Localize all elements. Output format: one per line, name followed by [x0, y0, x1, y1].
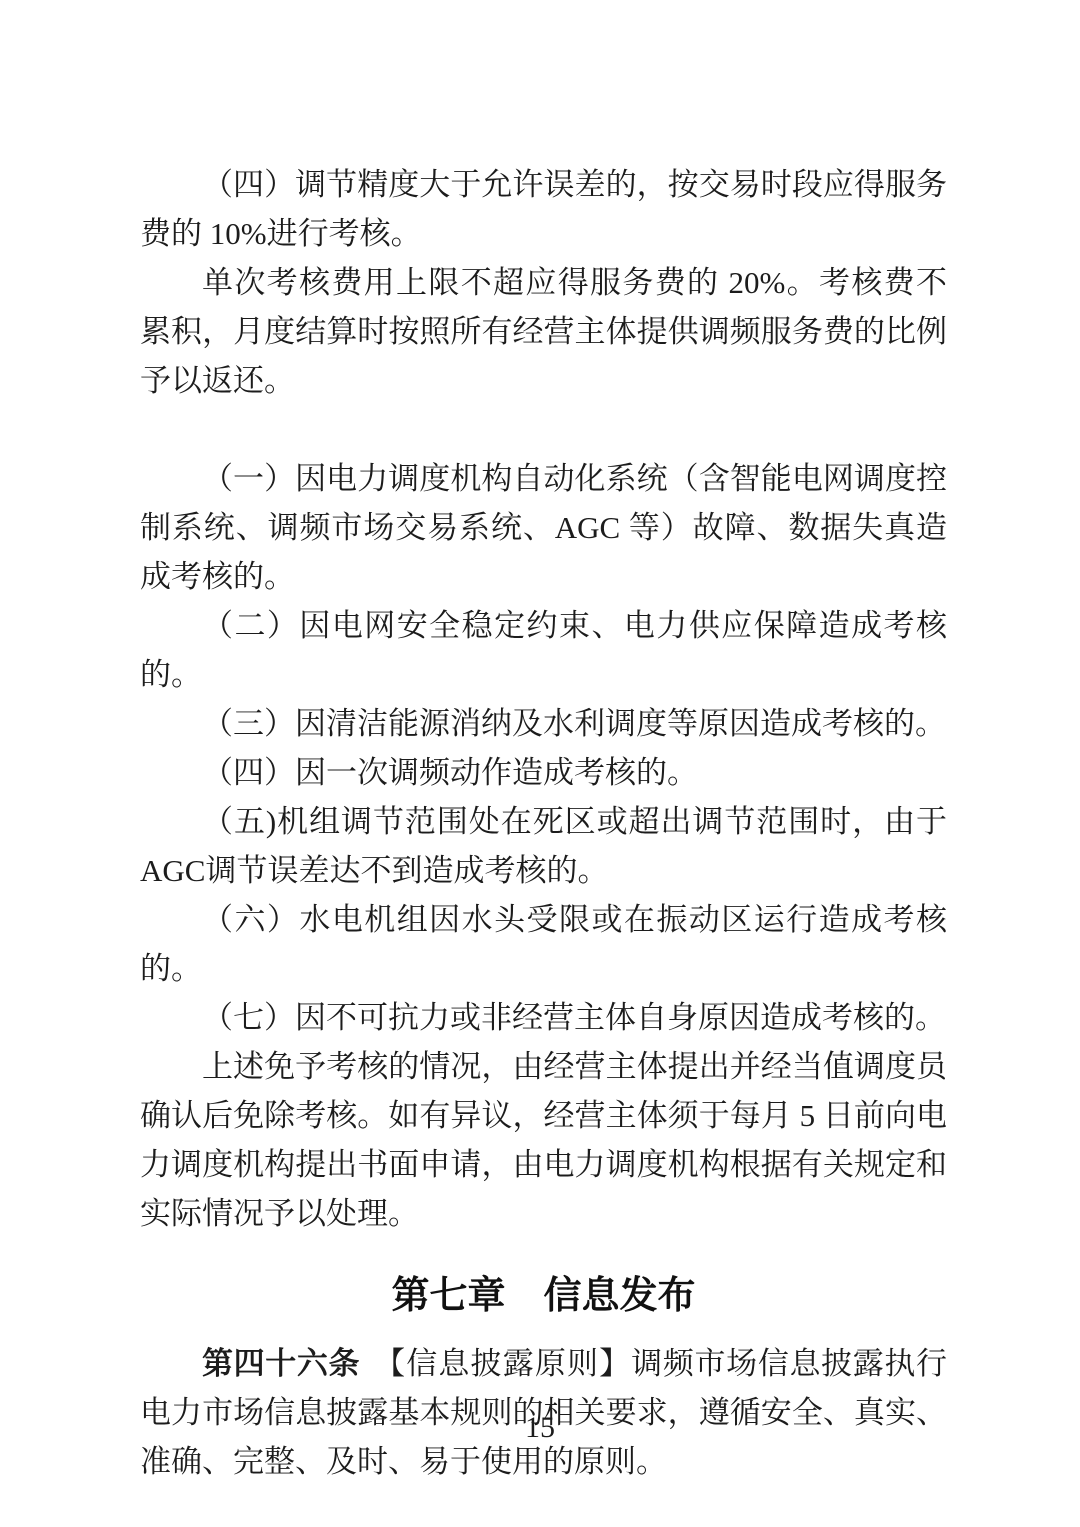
paragraph-penalty-cap: 单次考核费用上限不超应得服务费的 20%。考核费不累积，月度结算时按照所有经营主…: [140, 258, 947, 405]
paragraph-article-45: [140, 405, 947, 454]
paragraph-exemption-item-2: （二）因电网安全稳定约束、电力供应保障造成考核的。: [140, 601, 947, 699]
chapter-title: 信息发布: [544, 1275, 696, 1317]
paragraph-exemption-item-1: （一）因电力调度机构自动化系统（含智能电网调度控制系统、调频市场交易系统、AGC…: [140, 454, 947, 601]
document-page: （四）调节精度大于允许误差的，按交易时段应得服务费的 10%进行考核。 单次考核…: [0, 0, 1080, 1527]
page-number: 15: [0, 1406, 1080, 1450]
article-46-label: 【信息披露原则】: [374, 1346, 631, 1381]
paragraph-exemption-item-6: （六）水电机组因水头受限或在振动区运行造成考核的。: [140, 895, 947, 993]
paragraph-exemption-item-4: （四）因一次调频动作造成考核的。: [140, 748, 947, 797]
paragraph-item4-accuracy-penalty: （四）调节精度大于允许误差的，按交易时段应得服务费的 10%进行考核。: [140, 160, 947, 258]
chapter-heading: 第七章信息发布: [140, 1268, 947, 1324]
chapter-number: 第七章: [391, 1275, 505, 1317]
paragraph-exemption-item-5: （五)机组调节范围处在死区或超出调节范围时，由于 AGC调节误差达不到造成考核的…: [140, 797, 947, 895]
paragraph-exemption-item-7: （七）因不可抗力或非经营主体自身原因造成考核的。: [140, 993, 947, 1042]
paragraph-exemption-item-3: （三）因清洁能源消纳及水利调度等原因造成考核的。: [140, 699, 947, 748]
paragraph-exemption-procedure: 上述免予考核的情况，由经营主体提出并经当值调度员确认后免除考核。如有异议，经营主…: [140, 1042, 947, 1238]
article-46-number: 第四十六条: [202, 1346, 360, 1381]
